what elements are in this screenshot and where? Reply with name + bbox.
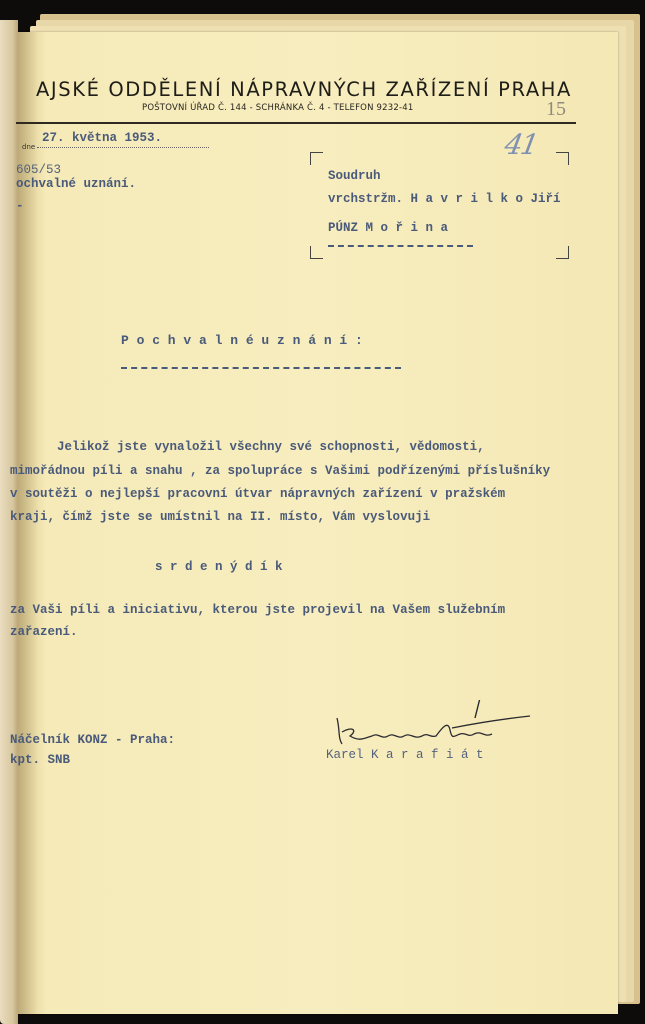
letterhead-rule	[16, 122, 576, 124]
letterhead-subtitle: POŠTOVNÍ ÚŘAD Č. 144 - SCHRÁNKA Č. 4 - T…	[142, 103, 413, 113]
body-line-3: v soutěži o nejlepší pracovní útvar nápr…	[10, 487, 505, 501]
body-line-2: mimořádnou píli a snahu , za spolupráce …	[10, 464, 550, 478]
letterhead-title: AJSKÉ ODDĚLENÍ NÁPRAVNÝCH ZAŘÍZENÍ PRAHA	[0, 78, 572, 101]
date-dotted-line	[37, 147, 209, 148]
heading: P o c h v a l n é u z n á n í :	[121, 333, 363, 348]
address-corner	[556, 152, 569, 165]
handwritten-number: 41	[502, 128, 539, 161]
addressee-line-2: vrchstržm. H a v r i l k o Jiří	[328, 192, 561, 206]
address-corner	[310, 246, 323, 259]
body-line-1: Jelikož jste vynaložil všechny své schop…	[57, 440, 485, 454]
addressee-line-3: PÚNZ M o ř i n a	[328, 221, 448, 235]
date-value: 27. května 1953.	[42, 131, 162, 145]
signoff-title-2: kpt. SNB	[10, 753, 70, 767]
body-line-4: kraji, čímž jste se umístnil na II. míst…	[10, 510, 430, 524]
signoff-title-1: Náčelník KONZ - Praha:	[10, 733, 175, 747]
heading-underline	[121, 367, 401, 369]
address-corner	[556, 246, 569, 259]
thanks-line: s r d e n ý d í k	[155, 560, 283, 574]
reference-subject: ochvalné uznání.	[16, 177, 136, 191]
addressee-underline	[328, 245, 473, 247]
closing-line-2: zařazení.	[10, 625, 78, 639]
signer-name: Karel K a r a f i á t	[326, 748, 484, 762]
page-number: 15	[546, 98, 566, 121]
closing-line-1: za Vaši píli a iniciativu, kterou jste p…	[10, 603, 505, 617]
reference-dash: -	[16, 199, 24, 213]
date-label: dne	[22, 143, 35, 151]
addressee-line-1: Soudruh	[328, 169, 381, 183]
address-corner	[310, 152, 323, 165]
reference-number: 605/53	[16, 163, 61, 177]
